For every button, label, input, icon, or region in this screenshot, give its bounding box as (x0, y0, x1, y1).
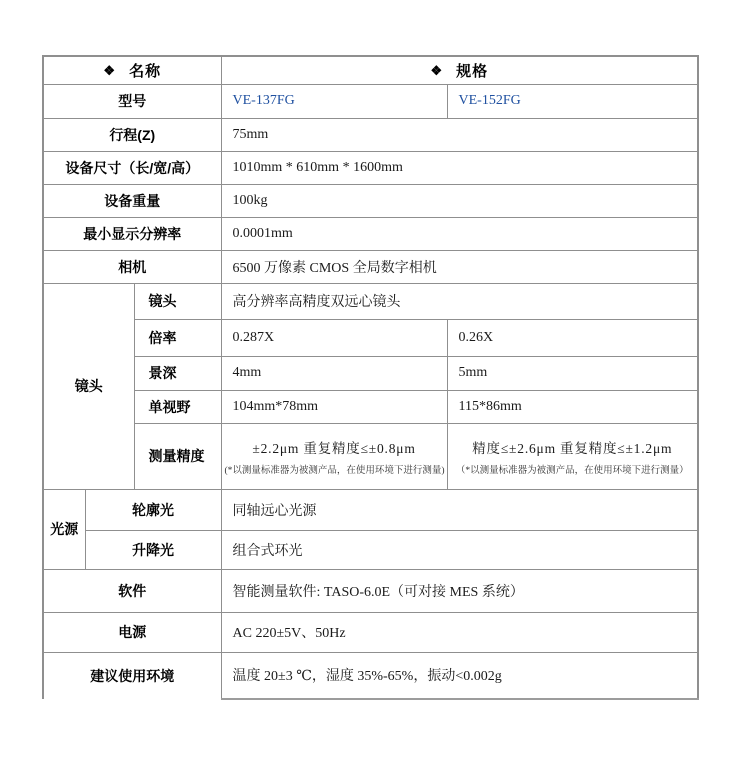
accuracy-value-1: ±2.2μm 重复精度≤±0.8μm (225, 437, 444, 457)
name-header-label: 名称 (129, 63, 161, 80)
depth-of-field-value-2: 5mm (447, 356, 698, 390)
row-accuracy: 测量精度 ±2.2μm 重复精度≤±0.8μm (*以测量标准器为被测产品，在使… (43, 423, 698, 489)
row-resolution: 最小显示分辨率 0.0001mm (43, 217, 698, 250)
lift-light-value: 组合式环光 (221, 530, 698, 569)
magnification-label: 倍率 (134, 319, 221, 356)
lift-light-label: 升降光 (85, 530, 221, 569)
row-camera: 相机 6500 万像素 CMOS 全局数字相机 (43, 250, 698, 283)
model-value-1: VE-137FG (221, 84, 447, 118)
spec-header-label: 规格 (456, 63, 488, 80)
row-contour-light: 光源 轮廓光 同轴远心光源 (43, 489, 698, 530)
accuracy-note-2: （*以测量标准器为被测产品，在使用环境下进行测量） (451, 462, 695, 476)
travel-value: 75mm (221, 118, 698, 151)
dimensions-label: 设备尺寸（长/宽/高） (43, 151, 221, 184)
software-value: 智能测量软件: TASO-6.0E（可对接 MES 系统） (221, 569, 698, 612)
contour-light-value: 同轴远心光源 (221, 489, 698, 530)
accuracy-cell-1: ±2.2μm 重复精度≤±0.8μm (*以测量标准器为被测产品，在使用环境下进… (221, 423, 447, 489)
row-power: 电源 AC 220±5V、50Hz (43, 612, 698, 652)
lens-value: 高分辨率高精度双远心镜头 (221, 283, 698, 319)
field-of-view-value-1: 104mm*78mm (221, 390, 447, 423)
accuracy-note-1: (*以测量标准器为被测产品，在使用环境下进行测量) (225, 462, 444, 476)
magnification-value-1: 0.287X (221, 319, 447, 356)
diamond-icon: ❖ (430, 63, 443, 78)
lens-label: 镜头 (134, 283, 221, 319)
environment-value: 温度 20±3 ℃，湿度 35%-65%，振动<0.002g (221, 652, 698, 699)
row-field-of-view: 单视野 104mm*78mm 115*86mm (43, 390, 698, 423)
row-model: 型号 VE-137FG VE-152FG (43, 84, 698, 118)
header-row: ❖名称 ❖规格 (43, 56, 698, 84)
dimensions-value: 1010mm * 610mm * 1600mm (221, 151, 698, 184)
row-lift-light: 升降光 组合式环光 (43, 530, 698, 569)
model-value-2: VE-152FG (447, 84, 698, 118)
spec-header-cell: ❖规格 (221, 56, 698, 84)
row-magnification: 倍率 0.287X 0.26X (43, 319, 698, 356)
row-dimensions: 设备尺寸（长/宽/高） 1010mm * 610mm * 1600mm (43, 151, 698, 184)
row-software: 软件 智能测量软件: TASO-6.0E（可对接 MES 系统） (43, 569, 698, 612)
accuracy-label: 测量精度 (134, 423, 221, 489)
name-header-cell: ❖名称 (43, 56, 221, 84)
depth-of-field-value-1: 4mm (221, 356, 447, 390)
row-travel: 行程(Z) 75mm (43, 118, 698, 151)
contour-light-label: 轮廓光 (85, 489, 221, 530)
resolution-value: 0.0001mm (221, 217, 698, 250)
power-value: AC 220±5V、50Hz (221, 612, 698, 652)
accuracy-cell-2: 精度≤±2.6μm 重复精度≤±1.2μm （*以测量标准器为被测产品，在使用环… (447, 423, 698, 489)
magnification-value-2: 0.26X (447, 319, 698, 356)
row-depth-of-field: 景深 4mm 5mm (43, 356, 698, 390)
camera-value: 6500 万像素 CMOS 全局数字相机 (221, 250, 698, 283)
camera-label: 相机 (43, 250, 221, 283)
model-label: 型号 (43, 84, 221, 118)
resolution-label: 最小显示分辨率 (43, 217, 221, 250)
field-of-view-label: 单视野 (134, 390, 221, 423)
spec-table: ❖名称 ❖规格 型号 VE-137FG VE-152FG 行程(Z) 75mm … (42, 55, 699, 700)
light-group-label: 光源 (43, 489, 85, 569)
weight-label: 设备重量 (43, 184, 221, 217)
row-lens: 镜头 镜头 高分辨率高精度双远心镜头 (43, 283, 698, 319)
row-weight: 设备重量 100kg (43, 184, 698, 217)
travel-label: 行程(Z) (43, 118, 221, 151)
diamond-icon: ❖ (103, 63, 116, 78)
software-label: 软件 (43, 569, 221, 612)
weight-value: 100kg (221, 184, 698, 217)
environment-label: 建议使用环境 (43, 652, 221, 699)
row-environment: 建议使用环境 温度 20±3 ℃，湿度 35%-65%，振动<0.002g (43, 652, 698, 699)
field-of-view-value-2: 115*86mm (447, 390, 698, 423)
power-label: 电源 (43, 612, 221, 652)
lens-group-label: 镜头 (43, 283, 134, 489)
depth-of-field-label: 景深 (134, 356, 221, 390)
accuracy-value-2: 精度≤±2.6μm 重复精度≤±1.2μm (451, 437, 695, 457)
